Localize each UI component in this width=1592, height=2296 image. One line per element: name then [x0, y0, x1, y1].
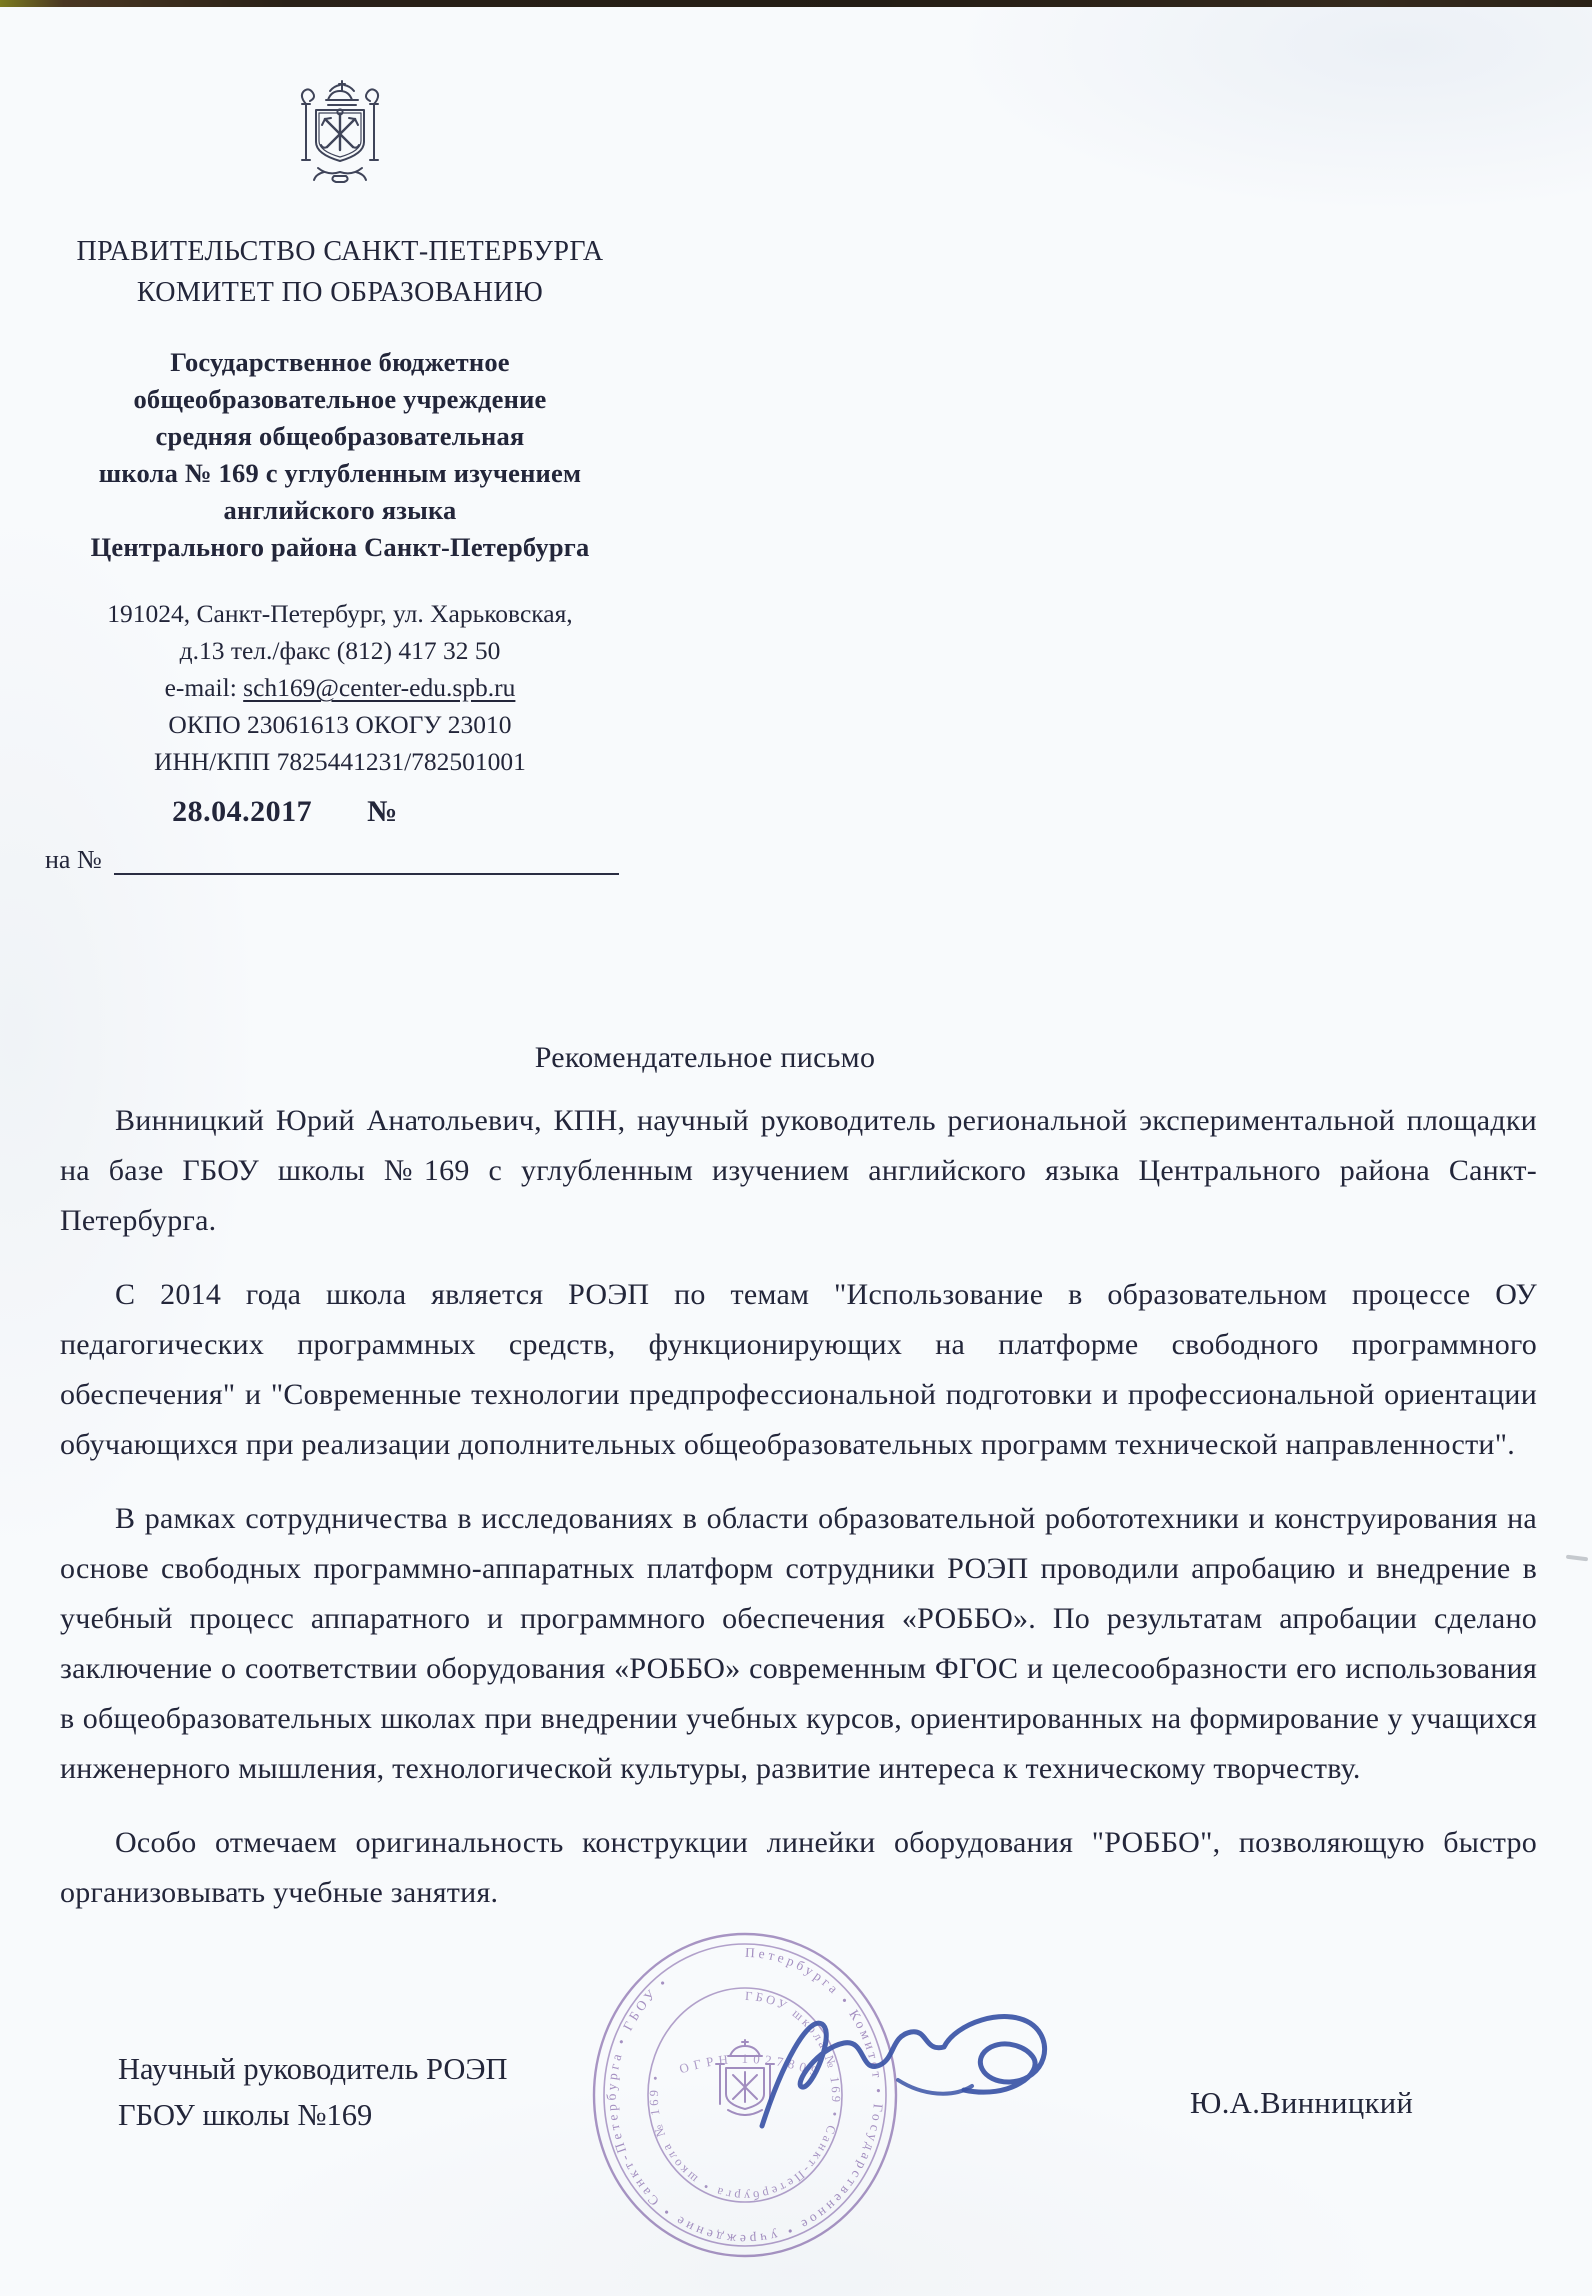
school-name-line: общеобразовательное учреждение: [40, 381, 640, 418]
school-name-line: Государственное бюджетное: [40, 344, 640, 381]
letter-body: Винницкий Юрий Анатольевич, КПН, научный…: [60, 1096, 1537, 1942]
signatory-role-line: ГБОУ школы №169: [118, 2092, 508, 2138]
email-label: e-mail:: [165, 673, 244, 702]
handwritten-signature: [748, 2002, 1084, 2143]
school-name-line: Центрального района Санкт-Петербурга: [40, 529, 640, 566]
letter-date: 28.04.2017: [172, 795, 312, 828]
reply-number-row: на №: [45, 843, 619, 875]
phone-line: д.13 тел./факс (812) 417 32 50: [40, 632, 640, 669]
signatory-name: Ю.А.Винницкий: [1190, 2086, 1413, 2121]
inn-line: ИНН/КПП 7825441231/782501001: [40, 743, 640, 780]
scan-edge-artifact: [1566, 1555, 1588, 1562]
committee-line: КОМИТЕТ ПО ОБРАЗОВАНИЮ: [40, 272, 640, 313]
email-line: e-mail: sch169@center-edu.spb.ru: [40, 669, 640, 706]
paragraph: Особо отмечаем оригинальность конструкци…: [60, 1818, 1537, 1918]
school-name-line: средняя общеобразовательная: [40, 418, 640, 455]
letter-title: Рекомендательное письмо: [60, 1041, 1350, 1075]
signatory-role: Научный руководитель РОЭП ГБОУ школы №16…: [118, 2046, 508, 2138]
paragraph: В рамках сотрудничества в исследованиях …: [60, 1494, 1537, 1794]
letterhead: ПРАВИТЕЛЬСТВО САНКТ-ПЕТЕРБУРГА КОМИТЕТ П…: [40, 74, 640, 780]
number-sign: №: [367, 795, 398, 828]
email-link[interactable]: sch169@center-edu.spb.ru: [243, 673, 515, 702]
date-row: 28.04.2017№: [40, 795, 530, 829]
government-line: ПРАВИТЕЛЬСТВО САНКТ-ПЕТЕРБУРГА: [40, 231, 640, 272]
school-name-line: английского языка: [40, 492, 640, 529]
spb-coat-of-arms-icon: [276, 74, 404, 197]
address-block: 191024, Санкт-Петербург, ул. Харьковская…: [40, 595, 640, 780]
paragraph: Винницкий Юрий Анатольевич, КПН, научный…: [60, 1096, 1537, 1246]
signatory-role-line: Научный руководитель РОЭП: [118, 2046, 508, 2092]
paragraph: С 2014 года школа является РОЭП по темам…: [60, 1270, 1537, 1470]
address-line: 191024, Санкт-Петербург, ул. Харьковская…: [40, 595, 640, 632]
reply-number-blank: [114, 843, 619, 875]
letter-page: ПРАВИТЕЛЬСТВО САНКТ-ПЕТЕРБУРГА КОМИТЕТ П…: [0, 0, 1592, 2296]
okpo-line: ОКПО 23061613 ОКОГУ 23010: [40, 706, 640, 743]
school-name: Государственное бюджетное общеобразовате…: [40, 344, 640, 566]
school-name-line: школа № 169 с углубленным изучением: [40, 455, 640, 492]
scan-edge-artifact: [0, 0, 1592, 7]
reply-number-label: на №: [45, 845, 102, 875]
